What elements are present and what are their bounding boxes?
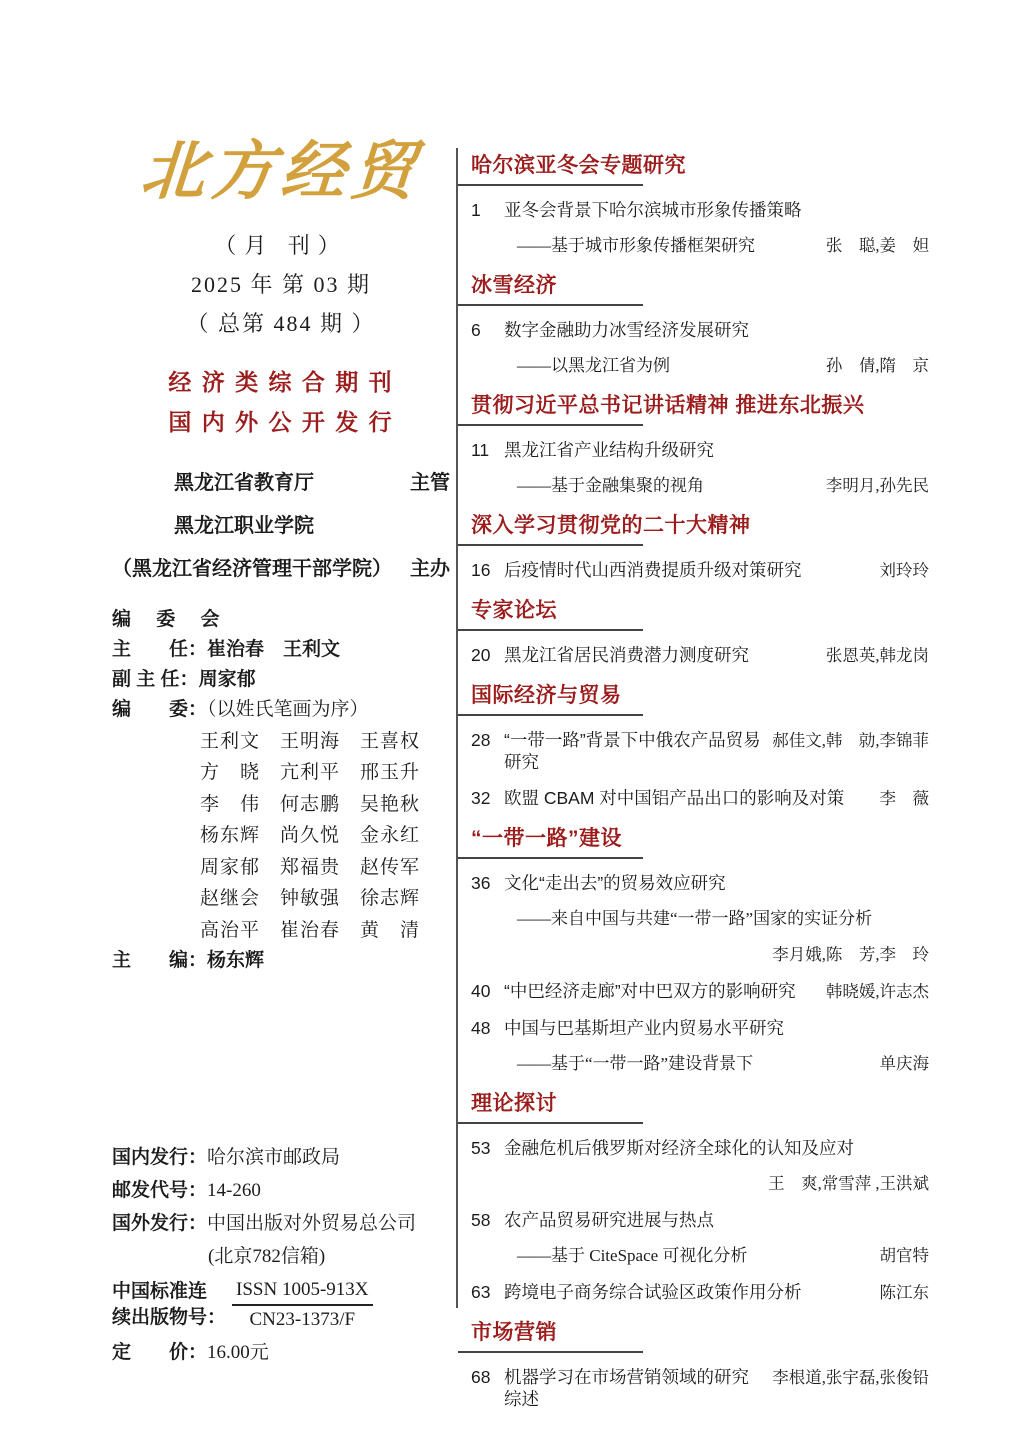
toc-article-row: 68 机器学习在市场营销领域的研究综述 李根道,张宇磊,张俊铅 [471, 1366, 929, 1410]
foreign-po-box: (北京782信箱) [208, 1244, 325, 1270]
page-number: 36 [471, 872, 504, 894]
toc-article-row: 11 黑龙江省产业结构升级研究 [471, 439, 929, 461]
toc-subtitle-row: ——基于城市形象传播框架研究 张 聪,姜 妲 [471, 235, 929, 257]
director-names: 崔治春 王利文 [207, 639, 340, 660]
article-title: 后疫情时代山西消费提质升级对策研究 [504, 559, 880, 581]
journal-logo: 北方经贸 [109, 130, 453, 213]
article-authors: 韩晓媛,许志杰 [826, 981, 929, 1003]
article-subtitle: ——来自中国与共建“一带一路”国家的实证分析 [517, 908, 929, 930]
host-org-1: 黑龙江职业学院 [112, 515, 314, 537]
price-value: 16.00元 [207, 1340, 269, 1366]
section-heading: 专家论坛 [471, 598, 929, 624]
section-heading: “一带一路”建设 [471, 826, 929, 852]
page-number: 20 [471, 644, 504, 666]
section-heading: 理论探讨 [471, 1091, 929, 1117]
article-title: 中国与巴基斯坦产业内贸易水平研究 [504, 1017, 929, 1039]
page-number: 63 [471, 1281, 504, 1303]
issue-number: 2025 年 第 03 期 [112, 268, 450, 299]
article-title: 数字金融助力冰雪经济发展研究 [504, 319, 929, 341]
section-heading: 贯彻习近平总书记讲话精神 推进东北振兴 [471, 393, 929, 419]
member-row: 王利文 王明海 王喜权 [200, 731, 450, 753]
toc-article-row: 36 文化“走出去”的贸易效应研究 [471, 872, 929, 894]
section-heading: 深入学习贯彻党的二十大精神 [471, 513, 929, 539]
page-number: 40 [471, 980, 504, 1002]
supervisor-line: 黑龙江省教育厅 主管 [112, 466, 450, 495]
article-authors: 刘玲玲 [880, 560, 930, 582]
article-authors: 王 爽,常雪萍 ,王洪斌 [768, 1173, 929, 1195]
toc-article-row: 58 农产品贸易研究进展与热点 [471, 1209, 929, 1231]
price-label: 定 价： [112, 1340, 207, 1366]
issn-label: 中国标准连 续出版物号： [112, 1279, 226, 1331]
article-authors: 郝佳文,韩 勍,李锦菲 [772, 730, 929, 752]
cn-number: CN23-1373/F [232, 1306, 372, 1333]
page-number: 1 [471, 199, 504, 221]
host-org-line-2: （黑龙江省经济管理干部学院） 主办 [112, 552, 450, 581]
article-title: 欧盟 CBAM 对中国铝产品出口的影响及对策 [504, 787, 880, 809]
member-row: 杨东辉 尚久悦 金永红 [200, 825, 450, 847]
domestic-distribution-line: 国内发行： 哈尔滨市邮政局 [112, 1145, 450, 1171]
deputy-names: 周家郁 [199, 669, 256, 690]
toc-subtitle-row: ——基于金融集聚的视角 李明月,孙先民 [471, 475, 929, 497]
member-row: 高治平 崔治春 黄 清 [200, 920, 450, 942]
section-underline [458, 1351, 643, 1353]
page-number: 6 [471, 319, 504, 341]
article-subtitle: ——基于 CiteSpace 可视化分析 [517, 1245, 880, 1267]
page-number: 32 [471, 787, 504, 809]
toc-article-row: 16 后疫情时代山西消费提质升级对策研究 刘玲玲 [471, 559, 929, 582]
journal-tagline-2: 国 内 外 公 开 发 行 [112, 404, 450, 437]
director-label: 主 任： [112, 639, 207, 660]
toc-article-row: 28 “一带一路”背景下中俄农产品贸易研究 郝佳文,韩 勍,李锦菲 [471, 729, 929, 773]
toc-article-row: 20 黑龙江省居民消费潜力测度研究 张恩英,韩龙岗 [471, 644, 929, 667]
member-row: 李 伟 何志鹏 吴艳秋 [200, 794, 450, 816]
article-title: 文化“走出去”的贸易效应研究 [504, 872, 929, 894]
section-underline [458, 629, 643, 631]
members-note: （以姓氏笔画为序） [207, 699, 369, 720]
journal-tagline-1: 经 济 类 综 合 期 刊 [112, 364, 450, 397]
issn-line: 中国标准连 续出版物号： ISSN 1005-913X CN23-1373/F [112, 1277, 450, 1333]
article-authors: 李明月,孙先民 [826, 475, 929, 497]
article-authors: 张恩英,韩龙岗 [826, 645, 929, 667]
article-authors: 胡官特 [880, 1245, 930, 1267]
page-number: 11 [471, 439, 504, 461]
table-of-contents: 哈尔滨亚冬会专题研究 1 亚冬会背景下哈尔滨城市形象传播策略 ——基于城市形象传… [456, 148, 929, 1308]
article-title: 亚冬会背景下哈尔滨城市形象传播策略 [504, 199, 929, 221]
journal-frequency: （月 刊） [112, 229, 450, 260]
article-subtitle: ——以黑龙江省为例 [517, 355, 826, 377]
article-subtitle: ——基于城市形象传播框架研究 [517, 235, 826, 257]
section-heading: 国际经济与贸易 [471, 683, 929, 709]
toc-authors-row: 王 爽,常雪萍 ,王洪斌 [471, 1173, 929, 1195]
foreign-distribution-value: 中国出版对外贸易总公司 [207, 1211, 416, 1237]
toc-subtitle-row: ——基于“一带一路”建设背景下 单庆海 [471, 1053, 929, 1075]
board-director-line: 主 任：崔治春 王利文 [112, 639, 450, 661]
article-subtitle: ——基于金融集聚的视角 [517, 475, 826, 497]
deputy-label: 副 主 任： [112, 669, 199, 690]
page-number: 48 [471, 1017, 504, 1039]
section-underline [458, 424, 643, 426]
article-title: “中巴经济走廊”对中巴双方的影响研究 [504, 980, 826, 1002]
article-title: 农产品贸易研究进展与热点 [504, 1209, 929, 1231]
section-heading: 市场营销 [471, 1320, 929, 1346]
page-number: 28 [471, 729, 504, 751]
foreign-distribution-line-2: (北京782信箱) [112, 1244, 450, 1270]
page-number: 53 [471, 1137, 504, 1159]
host-org-line-1: 黑龙江职业学院 [112, 509, 450, 538]
toc-article-row: 40 “中巴经济走廊”对中巴双方的影响研究 韩晓媛,许志杰 [471, 980, 929, 1003]
article-title: 黑龙江省产业结构升级研究 [504, 439, 929, 461]
domestic-distribution-value: 哈尔滨市邮政局 [207, 1145, 340, 1171]
section-underline [458, 1122, 643, 1124]
toc-subtitle-row: ——来自中国与共建“一带一路”国家的实证分析 [471, 908, 929, 930]
issn-number: ISSN 1005-913X [232, 1277, 372, 1306]
section-heading: 冰雪经济 [471, 273, 929, 299]
member-row: 周家郁 郑福贵 赵传军 [200, 857, 450, 879]
supervisor-label: 主管 [410, 466, 450, 495]
article-authors: 单庆海 [880, 1053, 930, 1075]
masthead: 北方经贸 （月 刊） 2025 年 第 03 期 （ 总第 484 期 ） 经 … [112, 130, 450, 437]
toc-subtitle-row: ——基于 CiteSpace 可视化分析 胡官特 [471, 1245, 929, 1267]
toc-article-row: 32 欧盟 CBAM 对中国铝产品出口的影响及对策 李 薇 [471, 787, 929, 810]
chief-editor-label: 主 编： [112, 950, 207, 971]
host-org-2: （黑龙江省经济管理干部学院） [112, 552, 392, 581]
member-row: 方 晓 亢利平 邢玉升 [200, 762, 450, 784]
page-number: 68 [471, 1366, 504, 1388]
editorial-board: 编 委 会 主 任：崔治春 王利文 副 主 任：周家郁 编 委：（以姓氏笔画为序… [112, 604, 450, 972]
members-label: 编 委： [112, 699, 207, 720]
article-title: 黑龙江省居民消费潜力测度研究 [504, 644, 826, 666]
host-label: 主办 [410, 552, 450, 581]
page-number: 58 [471, 1209, 504, 1231]
board-members-line: 编 委：（以姓氏笔画为序） [112, 699, 450, 721]
postal-code-value: 14-260 [207, 1178, 261, 1204]
board-chief-line: 主 编：杨东辉 [112, 950, 450, 972]
toc-article-row: 6 数字金融助力冰雪经济发展研究 [471, 319, 929, 341]
article-title: 金融危机后俄罗斯对经济全球化的认知及应对 [504, 1137, 929, 1159]
article-authors: 李根道,张宇磊,张俊铅 [772, 1367, 929, 1389]
section-heading: 哈尔滨亚冬会专题研究 [471, 153, 929, 179]
toc-authors-row: 李月娥,陈 芳,李 玲 [471, 944, 929, 966]
page-number: 16 [471, 559, 504, 581]
section-underline [458, 714, 643, 716]
article-authors: 李月娥,陈 芳,李 玲 [772, 944, 929, 966]
supervisor-org: 黑龙江省教育厅 [112, 466, 314, 495]
editorial-board-title: 编 委 会 [112, 604, 450, 631]
member-name-rows: 王利文 王明海 王喜权 方 晓 亢利平 邢玉升 李 伟 何志鹏 吴艳秋 杨东辉 … [200, 731, 450, 942]
article-authors: 陈江东 [880, 1282, 930, 1304]
article-title: “一带一路”背景下中俄农产品贸易研究 [504, 729, 772, 773]
article-title: 机器学习在市场营销领域的研究综述 [504, 1366, 772, 1410]
section-underline [458, 857, 643, 859]
left-column: 北方经贸 （月 刊） 2025 年 第 03 期 （ 总第 484 期 ） 经 … [112, 130, 450, 1430]
chief-editor-name: 杨东辉 [207, 950, 264, 971]
article-authors: 李 薇 [880, 788, 930, 810]
toc-subtitle-row: ——以黑龙江省为例 孙 倩,隋 京 [471, 355, 929, 377]
foreign-distribution-line: 国外发行： 中国出版对外贸易总公司 [112, 1211, 450, 1237]
toc-article-row: 63 跨境电子商务综合试验区政策作用分析 陈江东 [471, 1281, 929, 1304]
section-underline [458, 304, 643, 306]
issn-cn-stack: ISSN 1005-913X CN23-1373/F [232, 1277, 372, 1333]
section-underline [458, 544, 643, 546]
article-subtitle: ——基于“一带一路”建设背景下 [517, 1053, 880, 1075]
toc-article-row: 48 中国与巴基斯坦产业内贸易水平研究 [471, 1017, 929, 1039]
postal-code-label: 邮发代号： [112, 1178, 207, 1204]
toc-article-row: 53 金融危机后俄罗斯对经济全球化的认知及应对 [471, 1137, 929, 1159]
domestic-distribution-label: 国内发行： [112, 1145, 207, 1171]
article-title: 跨境电子商务综合试验区政策作用分析 [504, 1281, 880, 1303]
section-underline [458, 184, 643, 186]
toc-article-row: 1 亚冬会背景下哈尔滨城市形象传播策略 [471, 199, 929, 221]
article-authors: 孙 倩,隋 京 [826, 355, 929, 377]
article-authors: 张 聪,姜 妲 [826, 235, 929, 257]
organizer-block: 黑龙江省教育厅 主管 黑龙江职业学院 （黑龙江省经济管理干部学院） 主办 [112, 466, 450, 581]
board-deputy-line: 副 主 任：周家郁 [112, 669, 450, 691]
publication-info: 国内发行： 哈尔滨市邮政局 邮发代号： 14-260 国外发行： 中国出版对外贸… [112, 1138, 450, 1366]
total-issue-number: （ 总第 484 期 ） [112, 307, 450, 338]
price-line: 定 价： 16.00元 [112, 1340, 450, 1366]
member-row: 赵继会 钟敏强 徐志辉 [200, 888, 450, 910]
postal-code-line: 邮发代号： 14-260 [112, 1178, 450, 1204]
foreign-distribution-label: 国外发行： [112, 1211, 207, 1237]
